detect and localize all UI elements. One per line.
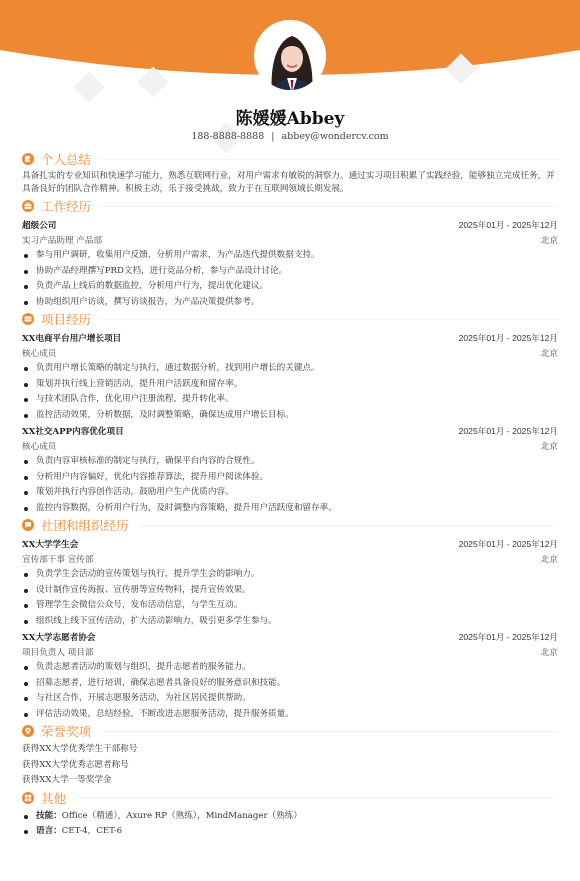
- entry-org: XX电商平台用户增长项目: [22, 332, 121, 344]
- section-title: 其他: [41, 789, 66, 807]
- section-divider: [101, 319, 558, 320]
- section-work: 工作经历 超级公司2025年01月 - 2025年12月 实习产品助理 产品部北…: [22, 197, 558, 310]
- section-header: 社团和组织经历: [22, 516, 558, 534]
- briefcase-icon: [22, 200, 34, 212]
- entry-date: 2025年01月 - 2025年12月: [459, 538, 558, 550]
- section-divider: [101, 206, 558, 207]
- section-title: 个人总结: [41, 150, 91, 168]
- bullet-item: 组织线上线下宣传活动，扩大活动影响力，吸引更多学生参与。: [22, 614, 558, 630]
- entry-role: 核心成员: [22, 347, 56, 359]
- section-other: 其他 技能：Office（精通），Axure RP（熟练），MindManage…: [22, 789, 558, 840]
- bullet-item: 协助组织用户访谈，撰写访谈报告，为产品决策提供参考。: [22, 295, 558, 311]
- language-item: 语言：CET-4，CET-6: [22, 824, 558, 840]
- entry-location: 北京: [541, 234, 558, 246]
- section-header: 个人总结: [22, 150, 558, 168]
- entry-org: XX大学学生会: [22, 538, 78, 550]
- grid-icon: [22, 792, 34, 804]
- section-awards: 荣誉奖项 获得XX大学优秀学生干部称号 获得XX大学优秀志愿者称号 获得XX大学…: [22, 722, 558, 789]
- candidate-name: 陈媛媛Abbey: [0, 104, 580, 129]
- award-item: 获得XX大学优秀学生干部称号: [22, 742, 558, 758]
- activity-entry: XX大学学生会2025年01月 - 2025年12月 宣传部干事 宣传部北京 负…: [22, 536, 558, 629]
- activity-entry: XX大学志愿者协会2025年01月 - 2025年12月 项目负责人 项目部北京…: [22, 629, 558, 722]
- section-header: 项目经历: [22, 310, 558, 328]
- section-title: 社团和组织经历: [41, 516, 129, 534]
- bullet-item: 与技术团队合作，优化用户注册流程，提升转化率。: [22, 392, 558, 408]
- entry-date: 2025年01月 - 2025年12月: [459, 219, 558, 231]
- entry-location: 北京: [541, 553, 558, 565]
- section-header: 荣誉奖项: [22, 722, 558, 740]
- bullet-item: 招募志愿者，进行培训，确保志愿者具备良好的服务意识和技能。: [22, 676, 558, 692]
- bullet-item: 协助产品经理撰写PRD文档，进行竞品分析，参与产品设计讨论。: [22, 264, 558, 280]
- section-header: 工作经历: [22, 197, 558, 215]
- bullet-item: 监控内容数据，分析用户行为，及时调整内容策略，提升用户活跃度和留存率。: [22, 501, 558, 517]
- medal-icon: [22, 725, 34, 737]
- item-value: Office（精通），Axure RP（熟练），MindManager（熟练）: [62, 811, 302, 821]
- section-summary: 个人总结 具备扎实的专业知识和快速学习能力，熟悉互联网行业，对用户需求有敏锐的洞…: [22, 150, 558, 195]
- bullet-item: 分析用户内容偏好，优化内容推荐算法，提升用户阅读体验。: [22, 470, 558, 486]
- project-entry: XX社交APP内容优化项目2025年01月 - 2025年12月 核心成员北京 …: [22, 423, 558, 516]
- chat-icon: [22, 519, 34, 531]
- bullet-item: 设计制作宣传海报、宣传册等宣传物料，提升宣传效果。: [22, 583, 558, 599]
- item-label: 技能：: [36, 811, 62, 821]
- section-title: 项目经历: [41, 310, 91, 328]
- entry-role: 宣传部干事 宣传部: [22, 553, 93, 565]
- section-title: 工作经历: [41, 197, 91, 215]
- section-projects: 项目经历 XX电商平台用户增长项目2025年01月 - 2025年12月 核心成…: [22, 310, 558, 516]
- entry-role: 实习产品助理 产品部: [22, 234, 102, 246]
- project-entry: XX电商平台用户增长项目2025年01月 - 2025年12月 核心成员北京 负…: [22, 330, 558, 423]
- item-label: 语言：: [36, 826, 62, 836]
- entry-org: XX社交APP内容优化项目: [22, 425, 124, 437]
- entry-date: 2025年01月 - 2025年12月: [459, 631, 558, 643]
- section-divider: [101, 731, 558, 732]
- award-item: 获得XX大学一等奖学金: [22, 773, 558, 789]
- entry-location: 北京: [541, 440, 558, 452]
- bullet-item: 管理学生会微信公众号，发布活动信息，与学生互动。: [22, 598, 558, 614]
- bullet-item: 负责志愿者活动的策划与组织，提升志愿者的服务能力。: [22, 660, 558, 676]
- bullet-item: 负责学生会活动的宣传策划与执行，提升学生会的影响力。: [22, 567, 558, 583]
- resume-body: 个人总结 具备扎实的专业知识和快速学习能力，熟悉互联网行业，对用户需求有敏锐的洞…: [22, 150, 558, 840]
- entry-date: 2025年01月 - 2025年12月: [459, 425, 558, 437]
- bullet-item: 与社区合作，开展志愿服务活动，为社区居民提供帮助。: [22, 691, 558, 707]
- contact-info: 188-8888-8888 | abbey@wondercv.com: [0, 131, 580, 142]
- entry-location: 北京: [541, 646, 558, 658]
- contact-separator: |: [271, 131, 274, 142]
- section-activities: 社团和组织经历 XX大学学生会2025年01月 - 2025年12月 宣传部干事…: [22, 516, 558, 722]
- section-title: 荣誉奖项: [41, 722, 91, 740]
- entry-org: XX大学志愿者协会: [22, 631, 96, 643]
- work-entry: 超级公司2025年01月 - 2025年12月 实习产品助理 产品部北京 参与用…: [22, 217, 558, 310]
- entry-role: 项目负责人 项目部: [22, 646, 93, 658]
- email: abbey@wondercv.com: [282, 131, 389, 142]
- entry-role: 核心成员: [22, 440, 56, 452]
- bullet-item: 策划并执行线上营销活动，提升用户活跃度和留存率。: [22, 377, 558, 393]
- avatar: [254, 20, 326, 92]
- bullet-item: 策划并执行内容创作活动，鼓励用户生产优质内容。: [22, 485, 558, 501]
- entry-org: 超级公司: [22, 219, 56, 231]
- entry-date: 2025年01月 - 2025年12月: [459, 332, 558, 344]
- bullet-item: 监控活动效果，分析数据，及时调整策略，确保达成用户增长目标。: [22, 408, 558, 424]
- section-divider: [101, 159, 558, 160]
- bullet-item: 负责产品上线后的数据监控，分析用户行为，提出优化建议。: [22, 279, 558, 295]
- entry-location: 北京: [541, 347, 558, 359]
- award-item: 获得XX大学优秀志愿者称号: [22, 758, 558, 774]
- edit-icon: [22, 153, 34, 165]
- bullet-item: 评估活动效果，总结经验，不断改进志愿服务活动，提升服务质量。: [22, 707, 558, 723]
- bullet-item: 参与用户调研，收集用户反馈，分析用户需求，为产品迭代提供数据支持。: [22, 248, 558, 264]
- bullet-item: 负责用户增长策略的制定与执行，通过数据分析，找到用户增长的关键点。: [22, 361, 558, 377]
- item-value: CET-4，CET-6: [62, 826, 122, 836]
- section-header: 其他: [22, 789, 558, 807]
- phone: 188-8888-8888: [191, 131, 264, 142]
- summary-text: 具备扎实的专业知识和快速学习能力，熟悉互联网行业，对用户需求有敏锐的洞察力。通过…: [22, 170, 558, 195]
- project-icon: [22, 313, 34, 325]
- section-divider: [76, 797, 558, 798]
- skill-item: 技能：Office（精通），Axure RP（熟练），MindManager（熟…: [22, 809, 558, 825]
- bullet-item: 负责内容审核标准的制定与执行，确保平台内容的合规性。: [22, 454, 558, 470]
- section-divider: [139, 525, 558, 526]
